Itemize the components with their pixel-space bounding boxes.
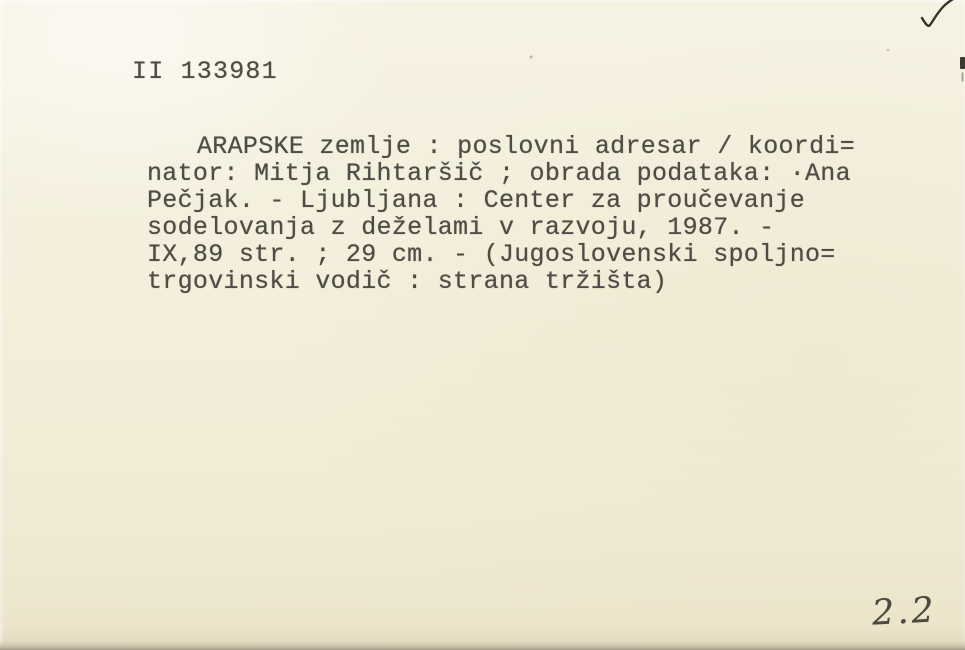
catalog-entry-line: trgovinski vodič : strana tržišta)	[147, 268, 855, 295]
catalog-entry-line: IX,89 str. ; 29 cm. - (Jugoslovenski spo…	[147, 241, 855, 268]
catalog-entry-line: ARAPSKE zemlje : poslovni adresar / koor…	[147, 133, 855, 160]
checkmark-icon	[918, 0, 960, 35]
catalog-entry-line: Pečjak. - Ljubljana : Center za proučeva…	[147, 187, 855, 214]
scanned-catalog-card-image: II 133981 ARAPSKE zemlje : poslovni adre…	[0, 0, 965, 650]
catalog-entry: ARAPSKE zemlje : poslovni adresar / koor…	[147, 133, 855, 295]
catalog-entry-line: sodelovanja z deželami v razvoju, 1987. …	[147, 214, 855, 241]
call-number: II 133981	[132, 57, 278, 86]
catalog-card: II 133981 ARAPSKE zemlje : poslovni adre…	[0, 0, 965, 650]
catalog-entry-line: nator: Mitja Rihtaršič ; obrada podataka…	[147, 160, 855, 187]
scan-edge-mark	[960, 57, 965, 69]
handwritten-annotation: 2.2	[871, 590, 938, 633]
card-bottom-edge-shadow	[0, 640, 965, 650]
